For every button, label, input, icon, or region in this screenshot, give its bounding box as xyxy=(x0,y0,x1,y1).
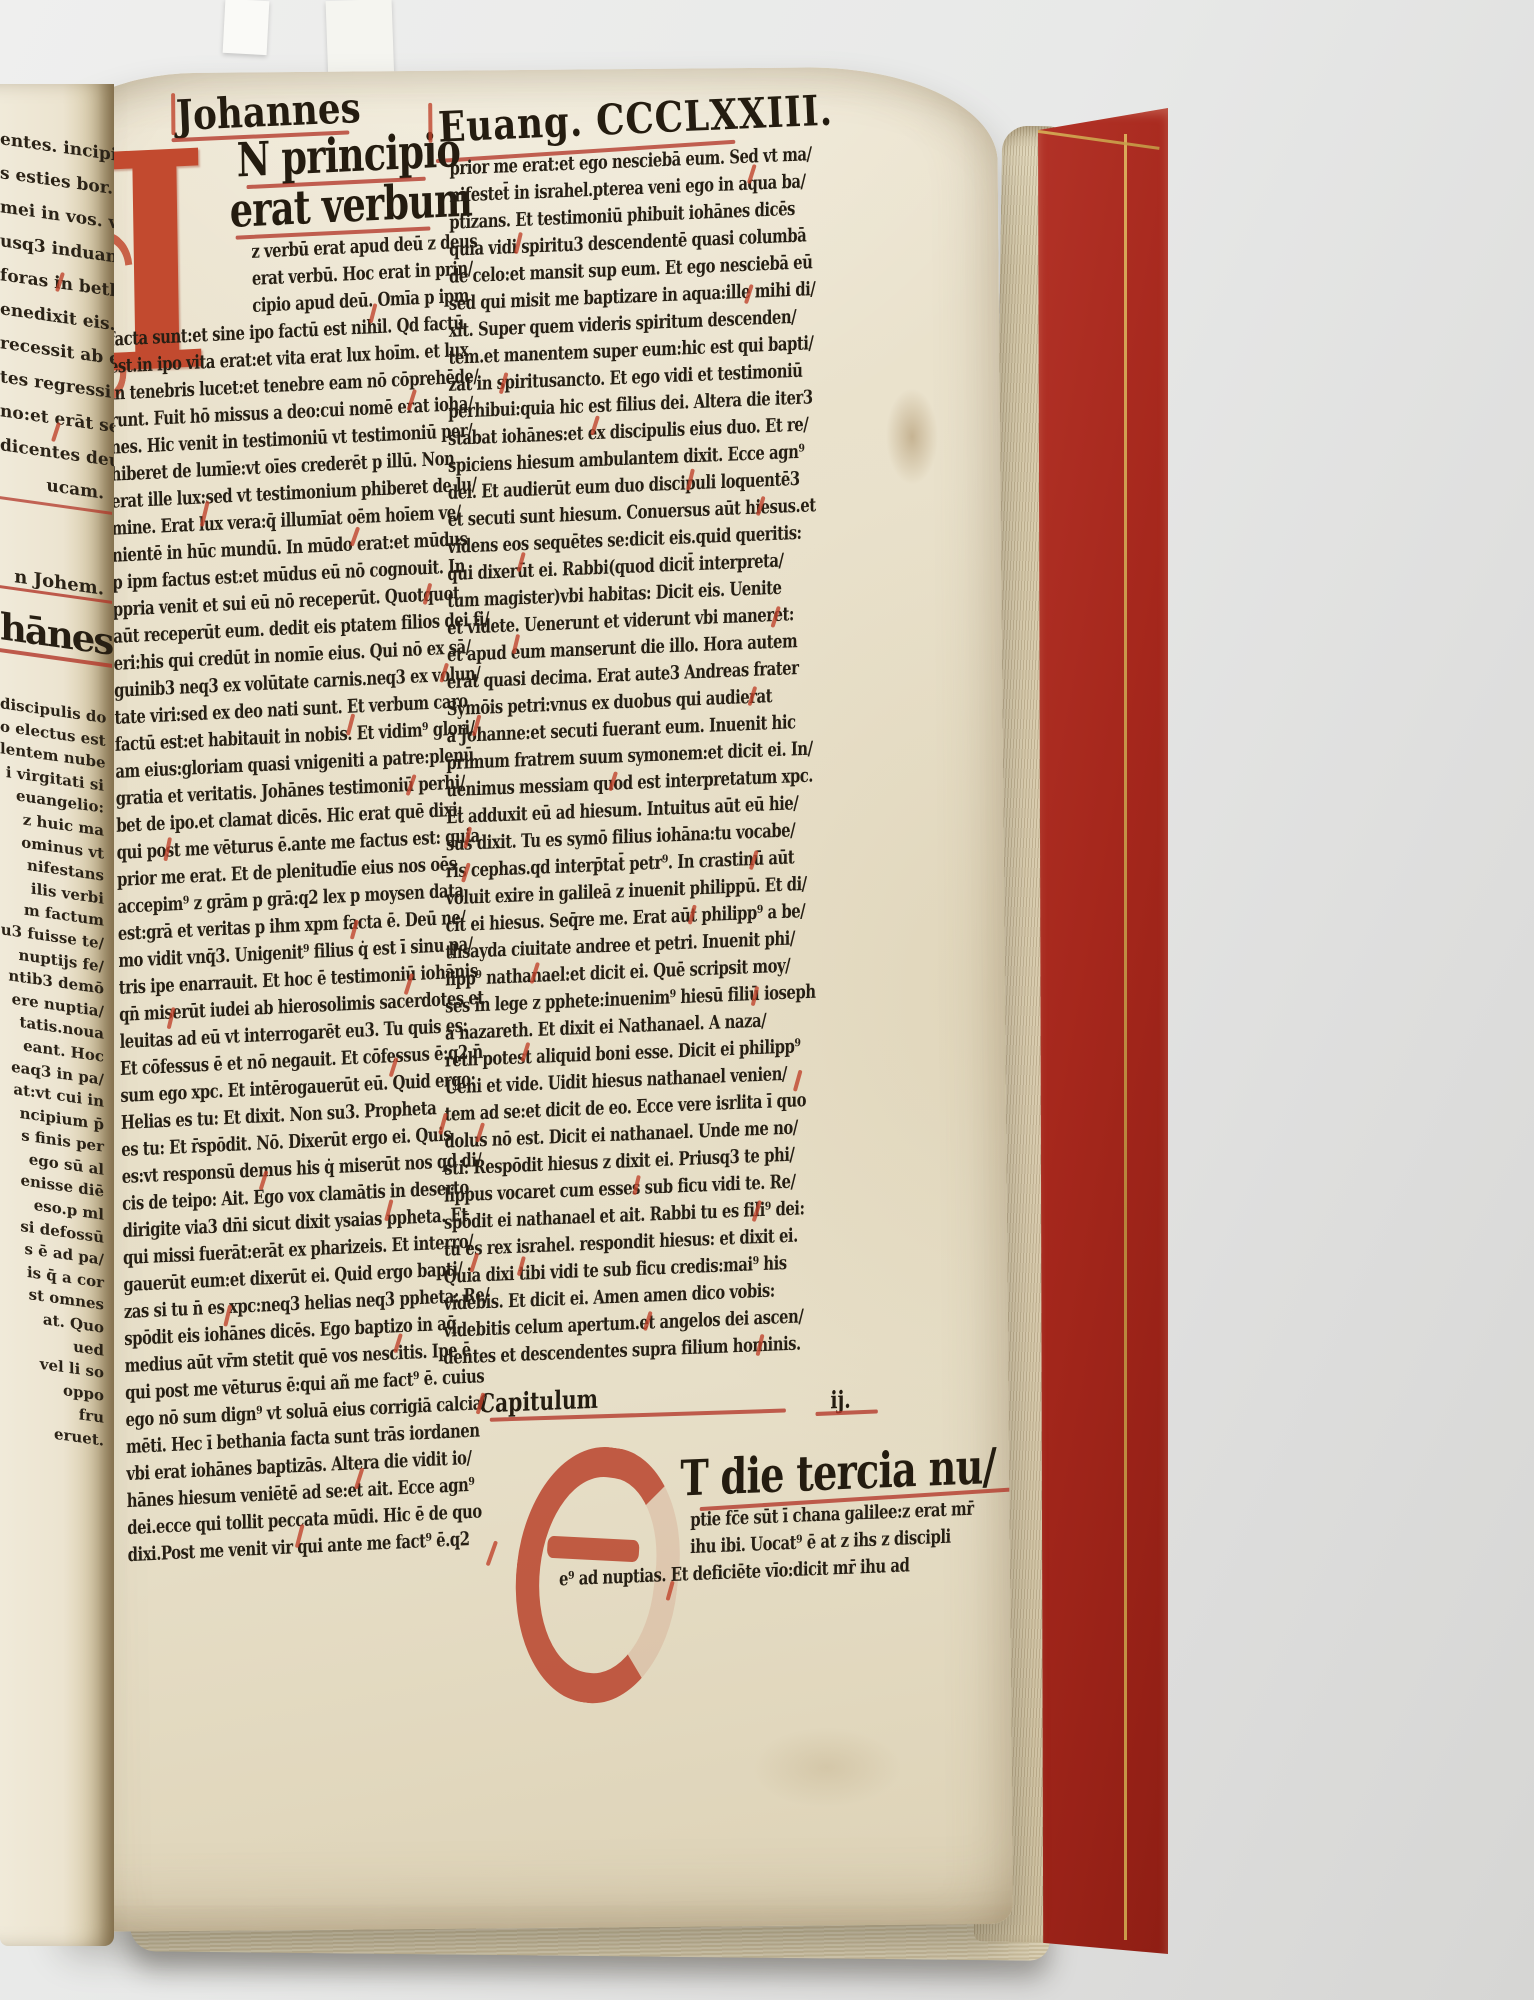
text-column-left: I N principio erat verbum z verbū erat a… xyxy=(106,128,472,145)
rubrication-mark xyxy=(428,103,432,143)
fragment-text-bottom: discipulis doo electus estlentem nubei v… xyxy=(0,700,112,1446)
column-text: facta sunt:et sine ipo factū est nihil. … xyxy=(108,309,503,1569)
fragment-text-top: entes. incipiēb3s esties bor. Etmei in v… xyxy=(0,130,112,507)
page-stain xyxy=(751,1727,902,1808)
rubric-underline xyxy=(815,1409,877,1416)
gold-fillet-line xyxy=(1032,129,1159,150)
fragment-large-title: hānes xyxy=(0,604,112,668)
page-stain xyxy=(886,388,939,484)
book-page: Johannes Euang. CCCLXXIII. I N principio… xyxy=(47,66,1013,1932)
gold-fillet-line xyxy=(1124,134,1127,1940)
incipit-indent-lines: z verbū erat apud deū z deuserat verbū. … xyxy=(251,228,478,320)
paper-tab xyxy=(223,0,270,55)
red-leather-cover xyxy=(1038,108,1168,1954)
chapter-heading-row: Capitulum ij. xyxy=(443,1375,833,1391)
rubrication-mark xyxy=(171,93,175,135)
facing-page-edge: entes. incipiēb3s esties bor. Etmei in v… xyxy=(0,84,114,1946)
fragment-heading: n Johem. xyxy=(0,564,112,604)
chapter2-indent-lines: ptie fc̄e sūt ī chana galilee:z erat mr̄… xyxy=(690,1496,974,1561)
photo-backdrop: Johannes Euang. CCCLXXIII. I N principio… xyxy=(0,0,1534,2000)
column-text: prior me erat:et ego nesciebā eum. Sed v… xyxy=(443,141,820,1372)
